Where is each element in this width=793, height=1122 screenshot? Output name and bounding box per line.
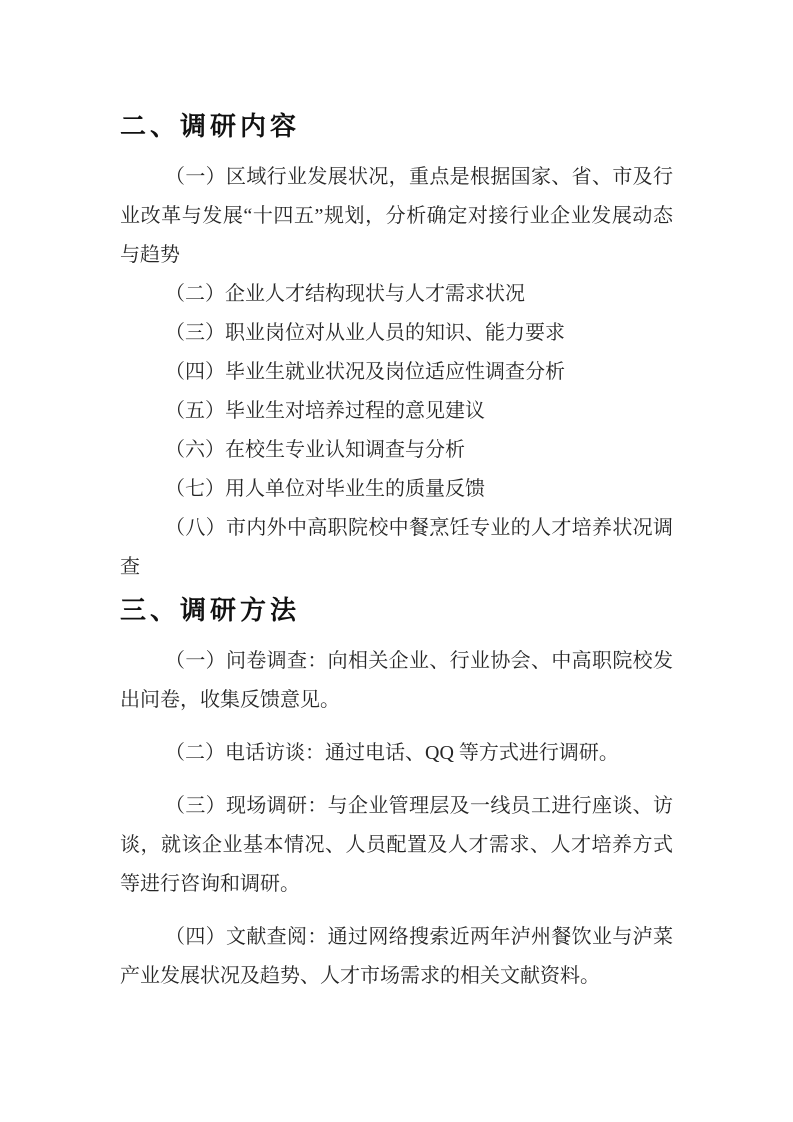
paragraph-field-research: （三）现场调研：与企业管理层及一线员工进行座谈、访谈，就该企业基本情况、人员配置… [120,787,673,904]
paragraph-school-training-status: （八）市内外中高职院校中餐烹饪专业的人才培养状况调查 [120,509,673,587]
section-heading-research-content: 二、调研内容 [120,107,673,146]
paragraph-literature-review: （四）文献查阅：通过网络搜索近两年泸州餐饮业与泸菜产业发展状况及趋势、人才市场需… [120,918,673,996]
paragraph-graduate-feedback: （五）毕业生对培养过程的意见建议 [120,392,673,431]
document-page: 二、调研内容 （一）区域行业发展状况，重点是根据国家、省、市及行业改革与发展“十… [0,0,793,1122]
paragraph-employer-feedback: （七）用人单位对毕业生的质量反馈 [120,470,673,509]
paragraph-phone-interview: （二）电话访谈：通过电话、QQ 等方式进行调研。 [120,734,673,773]
paragraph-talent-structure: （二）企业人才结构现状与人才需求状况 [120,275,673,314]
paragraph-graduate-employment: （四）毕业生就业状况及岗位适应性调查分析 [120,353,673,392]
paragraph-region-industry-status: （一）区域行业发展状况，重点是根据国家、省、市及行业改革与发展“十四五”规划，分… [120,158,673,275]
section-heading-research-methods: 三、调研方法 [120,591,673,630]
paragraph-student-cognition: （六）在校生专业认知调查与分析 [120,431,673,470]
paragraph-questionnaire-survey: （一）问卷调查：向相关企业、行业协会、中高职院校发出问卷，收集反馈意见。 [120,642,673,720]
paragraph-job-requirements: （三）职业岗位对从业人员的知识、能力要求 [120,314,673,353]
section-research-content: 二、调研内容 （一）区域行业发展状况，重点是根据国家、省、市及行业改革与发展“十… [120,107,673,587]
section-research-methods: 三、调研方法 （一）问卷调查：向相关企业、行业协会、中高职院校发出问卷，收集反馈… [120,591,673,996]
